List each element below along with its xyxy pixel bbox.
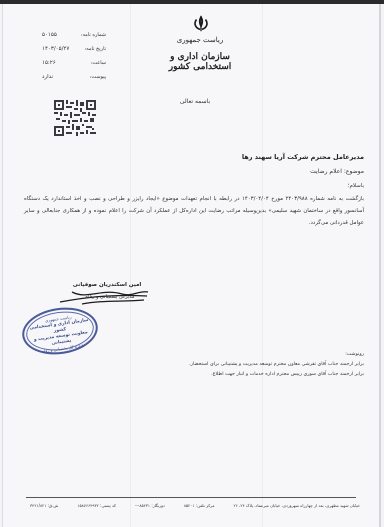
footer-divider (26, 497, 356, 498)
qr-code-icon (54, 100, 96, 136)
letterhead-footer: خیابان شهید مطهری، بعد از چهارراه سهرورد… (30, 503, 360, 508)
org-name: سازمان اداری و استخدامی کشور (150, 52, 250, 72)
signatory-name: امین اسکندریان صوفیانی (72, 282, 142, 288)
meta-time: ساعت: ۱۵:۲۶ (42, 56, 106, 70)
cc-item: برابر ارجمند جناب آقای تفرشی معاون محترم… (104, 360, 364, 370)
signatory-title: مدیرکل پشتیبانی و رفاه (70, 294, 150, 300)
paper-fold-line (130, 4, 131, 527)
paper-fold-line (262, 4, 263, 527)
cc-title: رونوشت: (104, 350, 364, 360)
subject-line: موضوع: اعلام رضایت (310, 168, 364, 175)
footer-fax: دورنگار: ۸۵۲۳۱--- (135, 503, 165, 508)
besmellah: باسمه تعالی (170, 98, 220, 105)
footer-phone-center: مرکز تلفن: ۸۵۲۰۱ (184, 503, 215, 508)
iran-emblem-icon (192, 15, 210, 33)
footer-ref: ش.ق: ۳۴۲۱/۸۲۱ (30, 503, 58, 508)
salutation: باسلام؛ (348, 183, 364, 189)
addressee: مدیرعامل محترم شرکت آریا سهند رها (242, 153, 364, 161)
meta-attachment: پیوست: ندارد (42, 70, 106, 84)
letter-meta: شماره نامه: ۵۰۱۵۵ تاریخ نامه: ۱۴۰۳/۰۵/۲۷… (42, 28, 106, 84)
footer-address: خیابان شهید مطهری، بعد از چهارراه سهرورد… (234, 503, 361, 508)
cc-item: برابر ارجمند جناب آقای سوری رییس محترم ا… (104, 370, 364, 380)
letter-body: بازگشت به نامه شماره ۲۴۰۳/۹۸۸ مورخ ۱۴۰۳/… (24, 193, 364, 229)
cc-section: رونوشت: برابر ارجمند جناب آقای تفرشی معا… (104, 350, 364, 380)
meta-letter-date: تاریخ نامه: ۱۴۰۳/۰۵/۲۷ (42, 42, 106, 56)
org-parent-name: ریاست جمهوری (170, 36, 230, 44)
meta-letter-number: شماره نامه: ۵۰۱۵۵ (42, 28, 106, 42)
footer-postal-code: کد پستی: ۱۵۸۷۶۶۴۹۳۲ (77, 503, 116, 508)
